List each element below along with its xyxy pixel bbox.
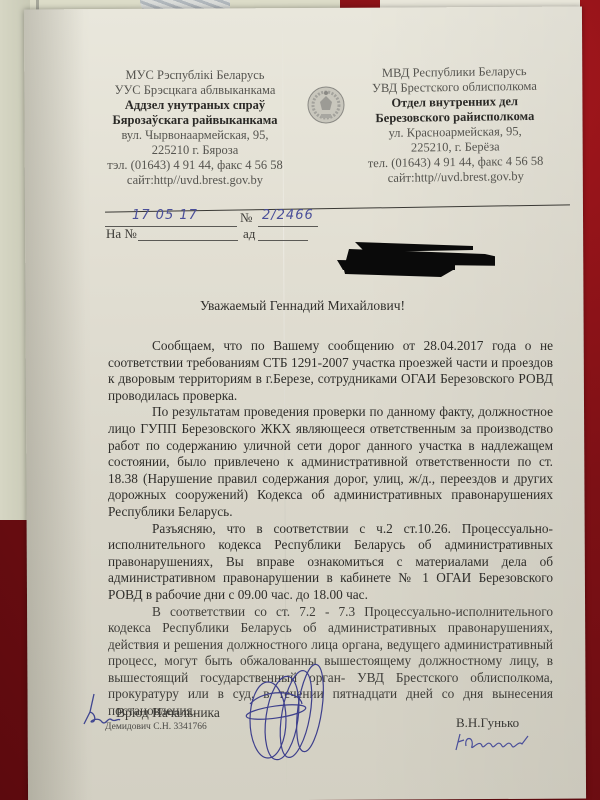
signature-title: Врiод Начальника xyxy=(116,705,220,721)
paragraph-inspection-notice: Сообщаем, что по Вашему сообщению от 28.… xyxy=(108,338,553,404)
reference-underline xyxy=(138,240,238,241)
handwritten-signature-icon xyxy=(230,660,350,770)
paragraph-explanation: Разъясняю, что в соответствии с ч.2 ст.1… xyxy=(108,521,553,604)
reference-from-label: ад xyxy=(243,226,255,242)
letterhead-website: сайт:http//uvd.brest.gov.by xyxy=(80,173,310,188)
reference-label: На № xyxy=(106,226,137,242)
signatory-handwritten-icon xyxy=(452,728,532,756)
letterhead-postcode: 225210 г. Бяроза xyxy=(80,143,310,158)
sheet-shadow xyxy=(24,9,88,800)
letterhead-russian: МВД Республики Беларусь УВД Брестского о… xyxy=(334,63,576,186)
letterhead-address: вул. Чырвонаармейская, 95, xyxy=(80,128,310,143)
handwritten-number: 2/2466 xyxy=(262,208,314,223)
reference-from-underline xyxy=(258,240,308,241)
letterhead-line-bold: Бярозаўскага райвыканкама xyxy=(80,113,310,128)
letterhead-line-bold: Аддзел унутраных спраў xyxy=(80,98,310,113)
number-underline xyxy=(258,226,318,227)
letterhead-line: МУС Рэспублікі Беларусь xyxy=(80,68,310,83)
number-label: № xyxy=(240,210,252,226)
letterhead-belarusian: МУС Рэспублікі Беларусь УУС Брэсцкага аб… xyxy=(80,68,310,188)
handwritten-date: 17 05 17 xyxy=(132,208,198,223)
executor-name-phone: Демидович С.Н. 3341766 xyxy=(105,722,207,732)
paragraph-results: По результатам проведения проверки по да… xyxy=(108,404,553,520)
letterhead-line: УУС Брэсцкага аблвыканкама xyxy=(80,83,310,98)
letterhead-phone: тэл. (01643) 4 91 44, факс 4 56 58 xyxy=(80,158,310,173)
salutation: Уважаемый Геннадий Михайлович! xyxy=(200,298,405,314)
redacted-recipient-address xyxy=(335,230,495,280)
